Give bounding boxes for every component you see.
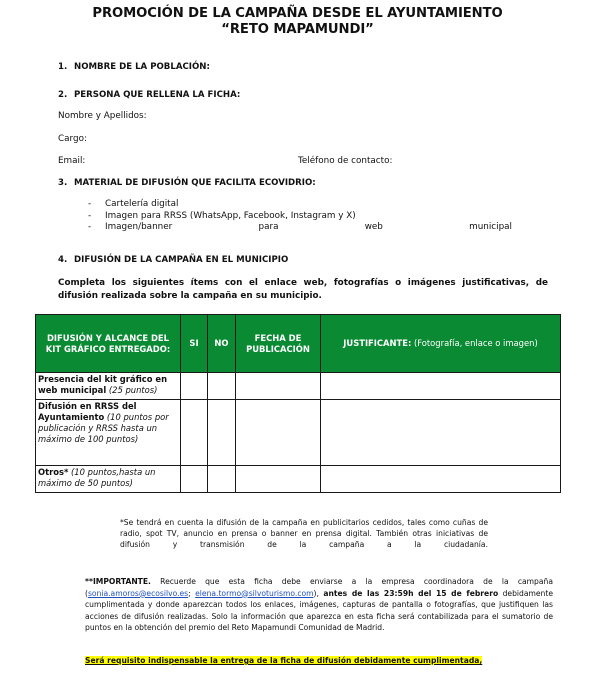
material-item: -Cartelería digital (88, 199, 512, 211)
header-si: SI (181, 315, 208, 373)
date-cell[interactable] (236, 400, 321, 466)
si-cell[interactable] (181, 373, 208, 400)
document-title-line1: PROMOCIÓN DE LA CAMPAÑA DESDE EL AYUNTAM… (0, 6, 595, 21)
section-2-label: PERSONA QUE RELLENA LA FICHA: (74, 90, 240, 100)
section-4-intro: Completa los siguientes ítems con el enl… (58, 277, 548, 303)
email-field-label: Email: (58, 156, 85, 166)
important-notice: **IMPORTANTE. Recuerde que esta ficha de… (85, 576, 553, 634)
justification-cell[interactable] (321, 373, 561, 400)
section-2-number: 2. (58, 90, 74, 100)
table-row: Presencia del kit gráfico en web municip… (36, 373, 561, 400)
justification-cell[interactable] (321, 466, 561, 493)
no-cell[interactable] (208, 466, 236, 493)
email-link-sonia[interactable]: sonia.amoros@ecosilvo.es (88, 589, 188, 598)
section-4-heading: 4.DIFUSIÓN DE LA CAMPAÑA EN EL MUNICIPIO (58, 255, 288, 265)
material-item: -Imagen para RRSS (WhatsApp, Facebook, I… (88, 211, 512, 223)
deadline: antes de las 23:59h del 15 de febrero (323, 589, 498, 598)
important-lead: **IMPORTANTE. (85, 577, 151, 586)
date-cell[interactable] (236, 373, 321, 400)
row-label: Otros* (10 puntos,hasta un máximo de 50 … (36, 466, 181, 493)
header-justification: JUSTIFICANTE: (Fotografía, enlace o imag… (321, 315, 561, 373)
section-3-number: 3. (58, 178, 74, 188)
section-2-heading: 2.PERSONA QUE RELLENA LA FICHA: (58, 90, 240, 100)
material-list: -Cartelería digital -Imagen para RRSS (W… (88, 199, 512, 234)
section-1-number: 1. (58, 62, 74, 72)
header-date: FECHA DE PUBLICACIÓN (236, 315, 321, 373)
no-cell[interactable] (208, 400, 236, 466)
header-no: NO (208, 315, 236, 373)
role-field-label: Cargo: (58, 134, 87, 144)
table-header-row: DIFUSIÓN Y ALCANCE DEL KIT GRÁFICO ENTRE… (36, 315, 561, 373)
si-cell[interactable] (181, 400, 208, 466)
footnote: *Se tendrá en cuenta la difusión de la c… (120, 517, 488, 550)
row-label: Presencia del kit gráfico en web municip… (36, 373, 181, 400)
row-label: Difusión en RRSS del Ayuntamiento (10 pu… (36, 400, 181, 466)
email-link-elena[interactable]: elena.tormo@silvoturismo.com (195, 589, 313, 598)
document-title-line2: “RETO MAPAMUNDI” (0, 22, 595, 37)
section-1-heading: 1.NOMBRE DE LA POBLACIÓN: (58, 62, 210, 72)
section-4-label: DIFUSIÓN DE LA CAMPAÑA EN EL MUNICIPIO (74, 255, 288, 265)
table-row: Difusión en RRSS del Ayuntamiento (10 pu… (36, 400, 561, 466)
table-row: Otros* (10 puntos,hasta un máximo de 50 … (36, 466, 561, 493)
section-3-heading: 3.MATERIAL DE DIFUSIÓN QUE FACILITA ECOV… (58, 178, 316, 188)
bullet-dash-icon: - (88, 199, 105, 211)
bullet-dash-icon: - (88, 211, 105, 223)
header-diffusion: DIFUSIÓN Y ALCANCE DEL KIT GRÁFICO ENTRE… (36, 315, 181, 373)
requirement-highlight: Será requisito indispensable la entrega … (85, 656, 482, 665)
phone-field-label: Teléfono de contacto: (298, 156, 392, 166)
section-4-number: 4. (58, 255, 74, 265)
si-cell[interactable] (181, 466, 208, 493)
section-3-label: MATERIAL DE DIFUSIÓN QUE FACILITA ECOVID… (74, 178, 316, 188)
date-cell[interactable] (236, 466, 321, 493)
bullet-dash-icon: - (88, 222, 105, 234)
no-cell[interactable] (208, 373, 236, 400)
diffusion-table: DIFUSIÓN Y ALCANCE DEL KIT GRÁFICO ENTRE… (35, 314, 561, 493)
section-1-label: NOMBRE DE LA POBLACIÓN: (74, 62, 210, 72)
name-field-label: Nombre y Apellidos: (58, 111, 147, 121)
material-item: -Imagen/banner para web municipal (88, 222, 512, 234)
justification-cell[interactable] (321, 400, 561, 466)
